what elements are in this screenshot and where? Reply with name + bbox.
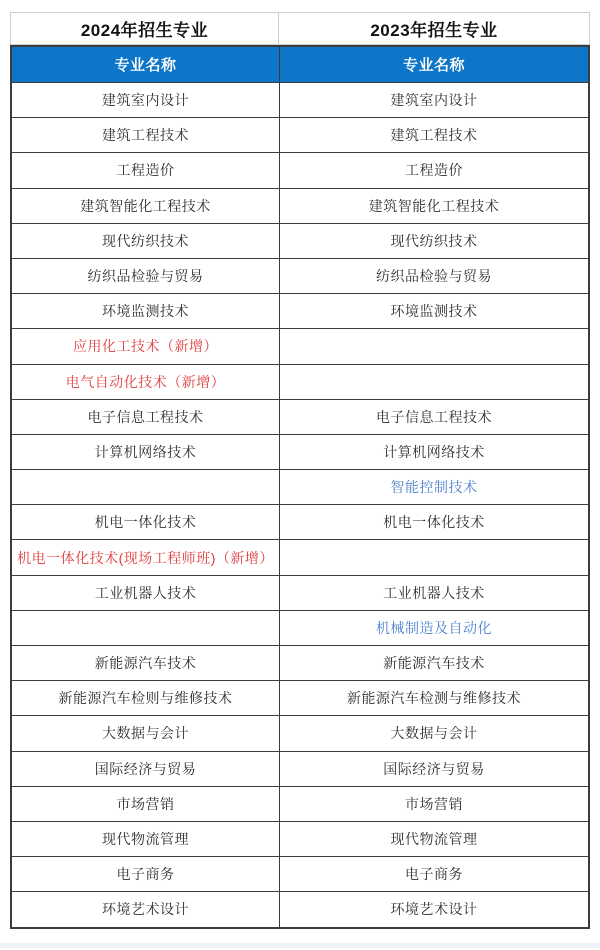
year-header-2024: 2024年招生专业 — [11, 13, 279, 44]
major-cell-2024: 电子商务 — [12, 857, 280, 891]
major-cell-2023 — [280, 329, 588, 363]
major-cell-2024: 计算机网络技术 — [12, 435, 280, 469]
major-cell-2023: 现代纺织技术 — [280, 224, 588, 258]
table-row: 工业机器人技术工业机器人技术 — [12, 575, 588, 610]
major-cell-2023: 机械制造及自动化 — [280, 611, 588, 645]
table-row: 机械制造及自动化 — [12, 610, 588, 645]
major-cell-2024: 现代物流管理 — [12, 822, 280, 856]
table-row: 机电一体化技术(现场工程师班)（新增） — [12, 539, 588, 574]
table-row: 现代纺织技术现代纺织技术 — [12, 223, 588, 258]
table-row: 大数据与会计大数据与会计 — [12, 715, 588, 750]
major-cell-2024: 现代纺织技术 — [12, 224, 280, 258]
subheader-major-name-2023: 专业名称 — [280, 47, 588, 82]
table-row: 计算机网络技术计算机网络技术 — [12, 434, 588, 469]
subheader-major-name-2024: 专业名称 — [12, 47, 280, 82]
table-row: 市场营销市场营销 — [12, 786, 588, 821]
major-cell-2023: 电子信息工程技术 — [280, 400, 588, 434]
table-row: 应用化工技术（新增） — [12, 328, 588, 363]
table-row: 环境监测技术环境监测技术 — [12, 293, 588, 328]
major-cell-2024: 建筑室内设计 — [12, 83, 280, 117]
majors-grid: 专业名称 专业名称 建筑室内设计建筑室内设计建筑工程技术建筑工程技术工程造价工程… — [10, 45, 590, 929]
major-cell-2023: 纺织品检验与贸易 — [280, 259, 588, 293]
major-cell-2023: 新能源汽车检测与维修技术 — [280, 681, 588, 715]
table-row: 纺织品检验与贸易纺织品检验与贸易 — [12, 258, 588, 293]
major-cell-2023: 电子商务 — [280, 857, 588, 891]
major-cell-2023: 智能控制技术 — [280, 470, 588, 504]
major-cell-2023 — [280, 540, 588, 574]
table-row: 建筑智能化工程技术建筑智能化工程技术 — [12, 188, 588, 223]
major-cell-2023: 环境监测技术 — [280, 294, 588, 328]
major-cell-2024: 应用化工技术（新增） — [12, 329, 280, 363]
major-cell-2023: 计算机网络技术 — [280, 435, 588, 469]
major-cell-2024: 国际经济与贸易 — [12, 752, 280, 786]
major-cell-2023: 环境艺术设计 — [280, 892, 588, 926]
column-subheader-row: 专业名称 专业名称 — [12, 47, 588, 82]
table-row: 国际经济与贸易国际经济与贸易 — [12, 751, 588, 786]
page-bottom-edge — [0, 943, 600, 948]
table-row: 环境艺术设计环境艺术设计 — [12, 891, 588, 926]
major-cell-2024 — [12, 470, 280, 504]
major-cell-2023 — [280, 365, 588, 399]
majors-comparison-page: 2024年招生专业 2023年招生专业 专业名称 专业名称 建筑室内设计建筑室内… — [0, 0, 600, 950]
major-cell-2023: 建筑工程技术 — [280, 118, 588, 152]
major-cell-2024: 建筑智能化工程技术 — [12, 189, 280, 223]
major-cell-2023: 建筑室内设计 — [280, 83, 588, 117]
table-row: 电子信息工程技术电子信息工程技术 — [12, 399, 588, 434]
major-cell-2024: 工程造价 — [12, 153, 280, 187]
major-cell-2024: 机电一体化技术 — [12, 505, 280, 539]
major-cell-2024: 电气自动化技术（新增） — [12, 365, 280, 399]
table-row: 建筑室内设计建筑室内设计 — [12, 82, 588, 117]
major-cell-2024: 大数据与会计 — [12, 716, 280, 750]
major-cell-2023: 工业机器人技术 — [280, 576, 588, 610]
table-row: 电气自动化技术（新增） — [12, 364, 588, 399]
table-row: 新能源汽车技术新能源汽车技术 — [12, 645, 588, 680]
table-row: 现代物流管理现代物流管理 — [12, 821, 588, 856]
table-row: 新能源汽车检则与维修技术新能源汽车检测与维修技术 — [12, 680, 588, 715]
major-cell-2024: 环境艺术设计 — [12, 892, 280, 926]
table-row: 机电一体化技术机电一体化技术 — [12, 504, 588, 539]
table-row: 建筑工程技术建筑工程技术 — [12, 117, 588, 152]
major-cell-2024 — [12, 611, 280, 645]
majors-comparison-table: 2024年招生专业 2023年招生专业 专业名称 专业名称 建筑室内设计建筑室内… — [10, 12, 590, 929]
table-row: 智能控制技术 — [12, 469, 588, 504]
major-cell-2024: 电子信息工程技术 — [12, 400, 280, 434]
year-header-2023: 2023年招生专业 — [279, 13, 589, 44]
major-cell-2023: 市场营销 — [280, 787, 588, 821]
table-row: 工程造价工程造价 — [12, 152, 588, 187]
major-cell-2023: 新能源汽车技术 — [280, 646, 588, 680]
major-cell-2023: 现代物流管理 — [280, 822, 588, 856]
major-cell-2024: 机电一体化技术(现场工程师班)（新增） — [12, 540, 280, 574]
major-cell-2024: 工业机器人技术 — [12, 576, 280, 610]
major-cell-2023: 大数据与会计 — [280, 716, 588, 750]
table-row: 电子商务电子商务 — [12, 856, 588, 891]
major-cell-2024: 纺织品检验与贸易 — [12, 259, 280, 293]
major-cell-2023: 机电一体化技术 — [280, 505, 588, 539]
major-cell-2024: 新能源汽车检则与维修技术 — [12, 681, 280, 715]
major-cell-2024: 建筑工程技术 — [12, 118, 280, 152]
major-cell-2023: 国际经济与贸易 — [280, 752, 588, 786]
major-cell-2024: 市场营销 — [12, 787, 280, 821]
year-header-row: 2024年招生专业 2023年招生专业 — [10, 12, 590, 45]
major-cell-2024: 新能源汽车技术 — [12, 646, 280, 680]
major-cell-2023: 建筑智能化工程技术 — [280, 189, 588, 223]
major-cell-2024: 环境监测技术 — [12, 294, 280, 328]
major-cell-2023: 工程造价 — [280, 153, 588, 187]
